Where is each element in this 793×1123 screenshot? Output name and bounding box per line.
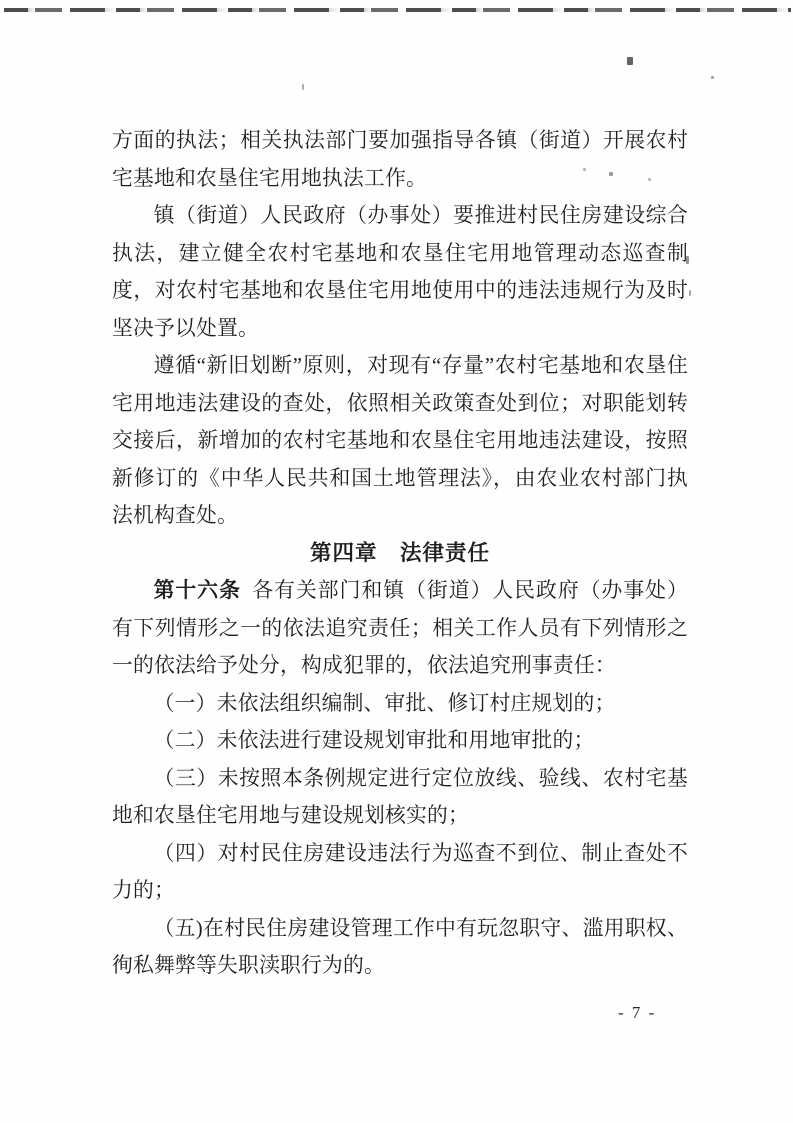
scan-artifact-speck (302, 84, 304, 90)
scanned-document-page: 方面的执法；相关执法部门要加强指导各镇（街道）开展农村宅基地和农垦住宅用地执法工… (0, 0, 793, 1123)
scan-artifact-speck (689, 290, 691, 296)
scan-artifact-speck (627, 57, 633, 65)
page-number: - 7 - (618, 1003, 656, 1023)
article-paragraph: 第十六条各有关部门和镇（街道）人民政府（办事处）有下列情形之一的依法追究责任；相… (112, 572, 688, 685)
list-item: （一）未依法组织编制、审批、修订村庄规划的； (112, 685, 688, 723)
paragraph: 遵循“新旧划断”原则，对现有“存量”农村宅基地和农垦住宅用地违法建设的查处，依照… (112, 347, 688, 535)
paragraph-continuation: 方面的执法；相关执法部门要加强指导各镇（街道）开展农村宅基地和农垦住宅用地执法工… (112, 122, 688, 197)
list-item: （三）未按照本条例规定进行定位放线、验线、农村宅基地和农垦住宅用地与建设规划核实… (112, 760, 688, 835)
list-item: （二）未依法进行建设规划审批和用地审批的； (112, 722, 688, 760)
list-item: （五)在村民住房建设管理工作中有玩忽职守、滥用职权、徇私舞弊等失职渎职行为的。 (112, 910, 688, 985)
list-item: （四）对村民住房建设违法行为巡查不到位、制止查处不力的； (112, 835, 688, 910)
scan-artifact-top-edge (4, 8, 791, 12)
chapter-heading: 第四章 法律责任 (112, 535, 688, 573)
scan-artifact-speck (711, 76, 714, 79)
paragraph: 镇（街道）人民政府（办事处）要推进村民住房建设综合执法，建立健全农村宅基地和农垦… (112, 197, 688, 347)
document-content: 方面的执法；相关执法部门要加强指导各镇（街道）开展农村宅基地和农垦住宅用地执法工… (112, 122, 688, 985)
article-number: 第十六条 (154, 579, 241, 602)
